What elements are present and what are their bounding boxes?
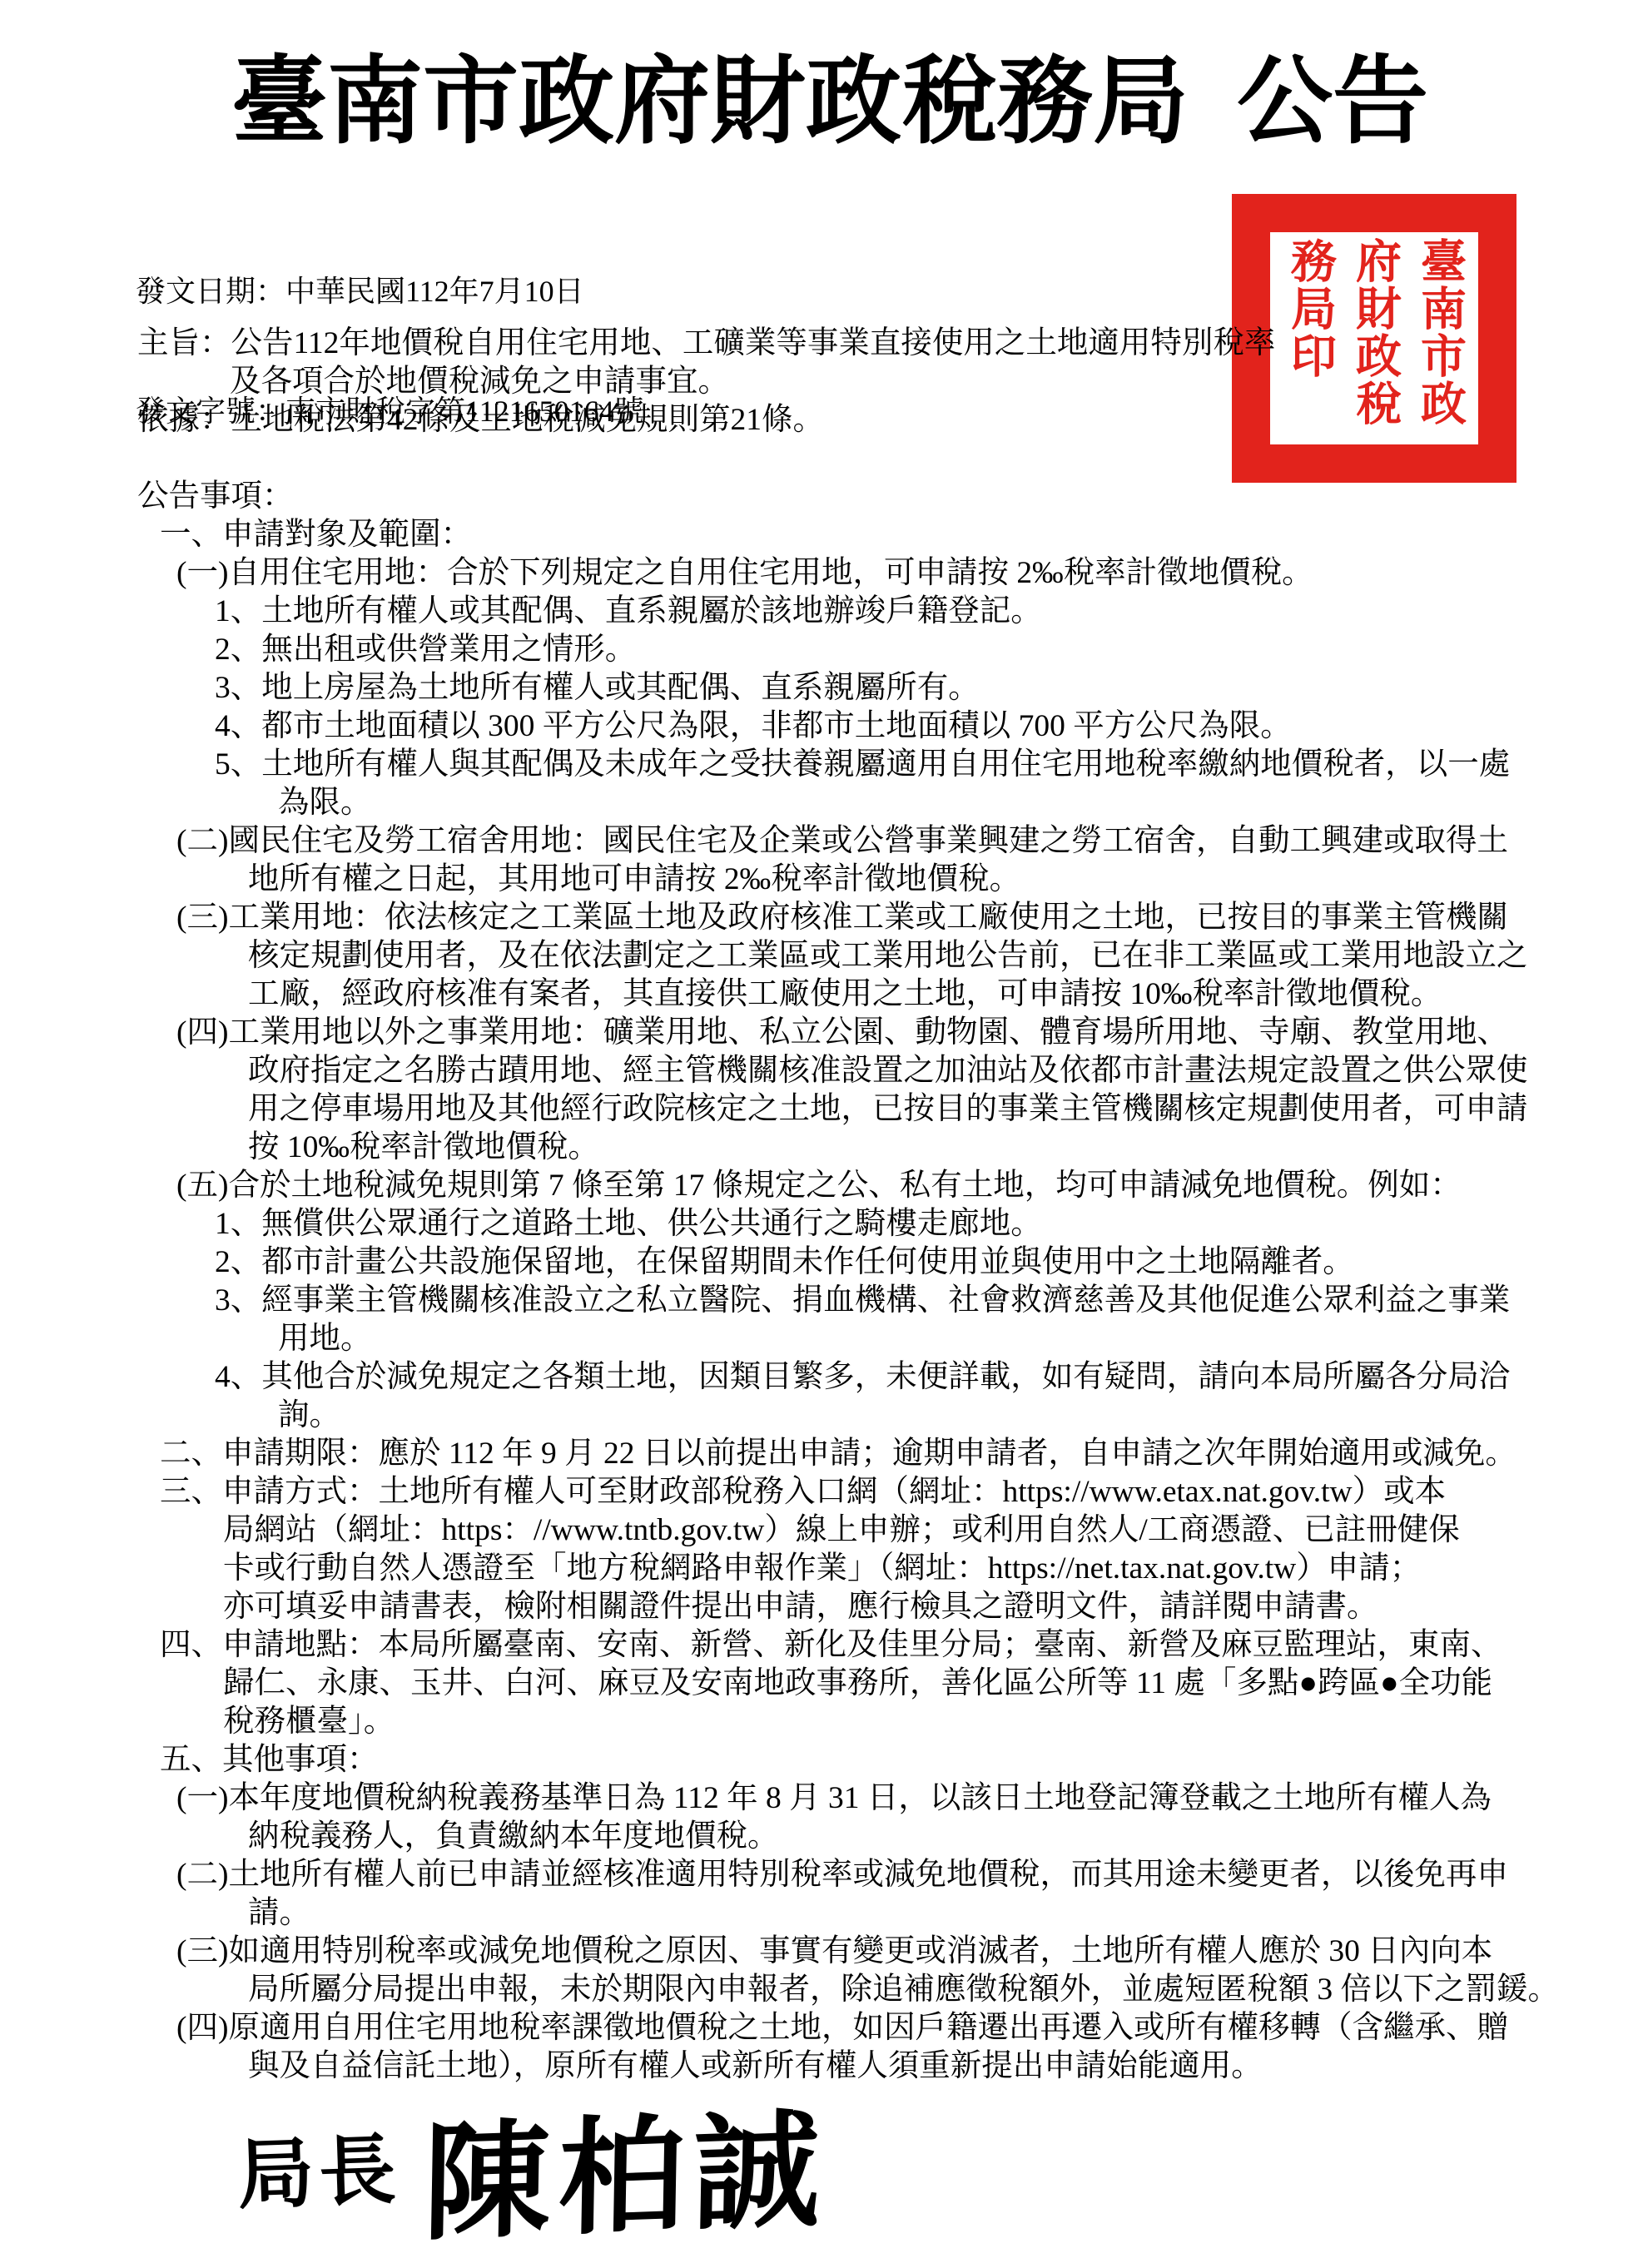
- body-line: 用地。: [0, 1320, 1648, 1358]
- body-line: 一、申請對象及範圍：: [0, 516, 1648, 554]
- body-line: 主旨：公告112年地價稅自用住宅用地、工礦業等事業直接使用之土地適用特別稅率: [0, 325, 1648, 363]
- page-title: 臺南市政府財政稅務局公告: [231, 40, 1428, 165]
- body-line: 依據：土地稅法第42條及土地稅減免規則第21條。: [0, 401, 1648, 439]
- body-line: 按 10‰稅率計徵地價稅。: [0, 1129, 1648, 1167]
- body-line: 稅務櫃臺」。: [0, 1703, 1648, 1741]
- body-line: 工廠，經政府核准有案者，其直接供工廠使用之土地，可申請按 10‰稅率計徵地價稅。: [0, 975, 1648, 1014]
- body-line: 3、地上房屋為土地所有權人或其配偶、直系親屬所有。: [0, 669, 1648, 707]
- body-line: (四)原適用自用住宅用地稅率課徵地價稅之土地，如因戶籍遷出再遷入或所有權移轉（含…: [0, 2009, 1648, 2047]
- body-line: 政府指定之名勝古蹟用地、經主管機關核准設置之加油站及依都市計畫法規定設置之供公眾…: [0, 1052, 1648, 1090]
- body-line: 4、其他合於減免規定之各類土地，因類目繁多，未便詳載，如有疑問，請向本局所屬各分…: [0, 1358, 1648, 1397]
- body-line: (二)土地所有權人前已申請並經核准適用特別稅率或減免地價稅，而其用途未變更者，以…: [0, 1856, 1648, 1894]
- body-line: 請。: [0, 1894, 1648, 1933]
- signature-job-title: 局長: [236, 2109, 403, 2225]
- body-line: (三)工業用地：依法核定之工業區土地及政府核准工業或工廠使用之土地，已按目的事業…: [0, 899, 1648, 937]
- issue-date-line: 發文日期：中華民國112年7月10日: [136, 271, 644, 311]
- signature-block: 局長 陳柏誠: [237, 2079, 828, 2254]
- body-line: 1、土地所有權人或其配偶、直系親屬於該地辦竣戶籍登記。: [0, 593, 1648, 631]
- body-line: 2、都市計畫公共設施保留地，在保留期間未作任何使用並與使用中之土地隔離者。: [0, 1243, 1648, 1282]
- body-line: (四)工業用地以外之事業用地：礦業用地、私立公園、動物園、體育場所用地、寺廟、教…: [0, 1014, 1648, 1052]
- body-line: (二)國民住宅及勞工宿舍用地：國民住宅及企業或公營事業興建之勞工宿舍，自動工興建…: [0, 822, 1648, 861]
- body-line: 局所屬分局提出申報，未於期限內申報者，除追補應徵稅額外，並處短匿稅額 3 倍以下…: [0, 1971, 1648, 2009]
- body-line: 用之停車場用地及其他經行政院核定之土地，已按目的事業主管機關核定規劃使用者，可申…: [0, 1090, 1648, 1129]
- body-line: 地所有權之日起，其用地可申請按 2‰稅率計徵地價稅。: [0, 861, 1648, 899]
- announcement-body: 主旨：公告112年地價稅自用住宅用地、工礦業等事業直接使用之土地適用特別稅率及各…: [0, 325, 1648, 2086]
- body-line: (五)合於土地稅減免規則第 7 條至第 17 條規定之公、私有土地，均可申請減免…: [0, 1167, 1648, 1205]
- body-blank-line: [0, 439, 1648, 478]
- body-line: 局網站（網址：https：//www.tntb.gov.tw）線上申辦；或利用自…: [0, 1511, 1648, 1550]
- body-line: 四、申請地點：本局所屬臺南、安南、新營、新化及佳里分局；臺南、新營及麻豆監理站，…: [0, 1626, 1648, 1665]
- body-line: 1、無償供公眾通行之道路土地、供公共通行之騎樓走廊地。: [0, 1205, 1648, 1243]
- body-line: 及各項合於地價稅減免之申請事宜。: [0, 363, 1648, 401]
- body-line: 3、經事業主管機關核准設立之私立醫院、捐血機構、社會救濟慈善及其他促進公眾利益之…: [0, 1282, 1648, 1320]
- body-line: 詢。: [0, 1397, 1648, 1435]
- body-line: 卡或行動自然人憑證至「地方稅網路申報作業」（網址：https://net.tax…: [0, 1550, 1648, 1588]
- body-line: 三、申請方式：土地所有權人可至財政部稅務入口網（網址：https://www.e…: [0, 1473, 1648, 1511]
- body-line: 公告事項：: [0, 478, 1648, 516]
- body-line: (一)本年度地價稅納稅義務基準日為 112 年 8 月 31 日，以該日土地登記…: [0, 1779, 1648, 1818]
- body-line: 納稅義務人，負責繳納本年度地價稅。: [0, 1818, 1648, 1856]
- body-line: 2、無出租或供營業用之情形。: [0, 631, 1648, 669]
- page-title-type: 公告: [1237, 49, 1428, 155]
- body-line: 歸仁、永康、玉井、白河、麻豆及安南地政事務所，善化區公所等 11 處「多點●跨區…: [0, 1665, 1648, 1703]
- body-line: (三)如適用特別稅率或減免地價稅之原因、事實有變更或消滅者，土地所有權人應於 3…: [0, 1933, 1648, 1971]
- body-line: 5、土地所有權人與其配偶及未成年之受扶養親屬適用自用住宅用地稅率繳納地價稅者，以…: [0, 746, 1648, 784]
- page-title-agency: 臺南市政府財政稅務局: [231, 49, 1189, 155]
- body-line: 為限。: [0, 784, 1648, 822]
- body-line: 五、其他事項：: [0, 1741, 1648, 1779]
- announcement-page: 臺南市政府財政稅務局公告 發文日期：中華民國112年7月10日 發文字號：南市財…: [0, 0, 1648, 2268]
- body-line: 二、申請期限：應於 112 年 9 月 22 日以前提出申請；逾期申請者，自申請…: [0, 1435, 1648, 1473]
- signature-name: 陳柏誠: [422, 2068, 830, 2264]
- body-line: 核定規劃使用者，及在依法劃定之工業區或工業用地公告前，已在非工業區或工業用地設立…: [0, 937, 1648, 975]
- body-line: 4、都市土地面積以 300 平方公尺為限，非都市土地面積以 700 平方公尺為限…: [0, 707, 1648, 746]
- body-line: 亦可填妥申請書表，檢附相關證件提出申請，應行檢具之證明文件，請詳閱申請書。: [0, 1588, 1648, 1626]
- body-line: (一)自用住宅用地：合於下列規定之自用住宅用地，可申請按 2‰稅率計徵地價稅。: [0, 554, 1648, 593]
